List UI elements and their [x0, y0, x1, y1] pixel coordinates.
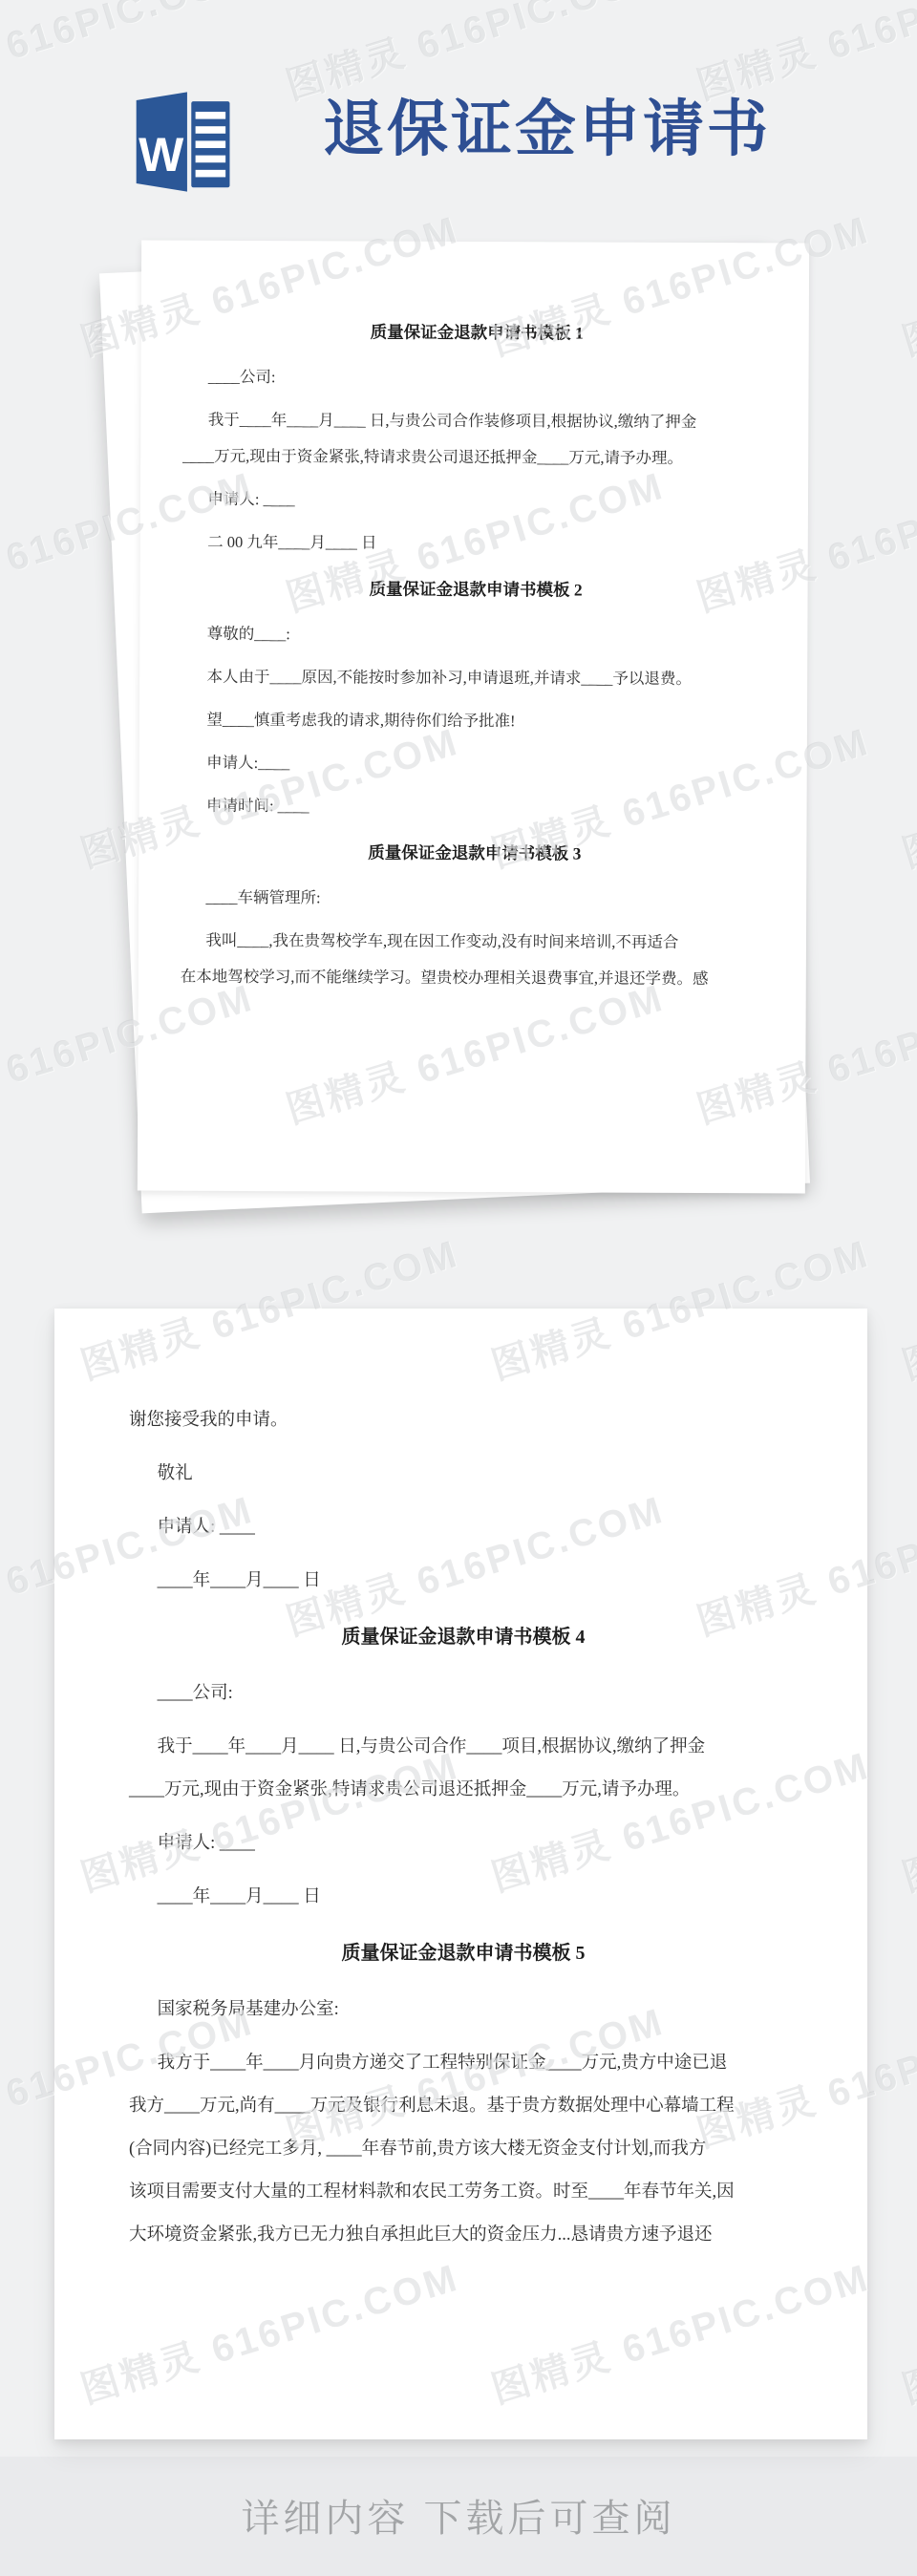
doc-paragraph: 我于____年____月____ 日,与贵公司合作装修项目,根据协议,缴纳了押金…: [182, 402, 770, 478]
doc-paragraph: 申请人: ____: [182, 481, 770, 521]
doc-heading: 质量保证金退款申请书模板 4: [129, 1616, 798, 1659]
doc-line: 申请人: ____: [129, 1506, 798, 1549]
doc-line: 我方____万元,尚有____万元及银行利息未退。基于贵方数据处理中心幕墙工程: [129, 2085, 798, 2128]
doc-line: 申请人:____: [181, 745, 769, 784]
doc-paragraph: 申请人:____: [181, 745, 769, 784]
doc-paragraph: 望____慎重考虑我的请求,期待你们给予批准!: [181, 702, 769, 741]
doc-paragraph: 申请时间: ____: [181, 788, 769, 827]
doc-paragraph: 我于____年____月____ 日,与贵公司合作____项目,根据协议,缴纳了…: [129, 1726, 798, 1812]
doc-line: 我方于____年____月向贵方递交了工程特别保证金____万元,贵方中途已退: [129, 2042, 798, 2085]
doc-line: 我于____年____月____ 日,与贵公司合作装修项目,根据协议,缴纳了押金: [182, 402, 770, 441]
watermark-text: 图精灵 616PIC.COM: [895, 200, 917, 367]
doc-line: 申请人: ____: [182, 481, 770, 521]
watermark-text: 图精灵 616PIC.COM: [895, 1735, 917, 1903]
preview-canvas: W 退保证金申请书 质量保证金退款申请书模板 1____公司:我于____年__…: [0, 0, 917, 2576]
doc-paragraph: 二 00 九年____月____ 日: [182, 524, 770, 564]
doc-paragraph: ____公司:: [182, 359, 770, 398]
doc-paragraph: 申请人: ____: [129, 1822, 798, 1865]
doc-line: ____车辆管理所:: [181, 880, 768, 919]
doc-paragraph: 国家税务局基建办公室:: [129, 1989, 798, 2032]
doc-line: 谢您接受我的申请。: [129, 1399, 798, 1442]
page-title: 退保证金申请书: [323, 99, 771, 160]
doc-paragraph: 尊敬的____:: [181, 616, 769, 655]
doc-heading: 质量保证金退款申请书模板 1: [183, 313, 771, 352]
doc-line: 大环境资金紧张,我方已无力独自承担此巨大的资金压力...恳请贵方速予退还: [129, 2214, 798, 2257]
watermark-text: 图精灵 616PIC.COM: [895, 1224, 917, 1391]
doc-line: 本人由于____原因,不能按时参加补习,申请退班,并请求____予以退费。: [181, 659, 769, 698]
doc-line: (合同内容)已经完工多月, ____年春节前,贵方该大楼无资金支付计划,而我方: [129, 2128, 798, 2171]
doc-paragraph: 本人由于____原因,不能按时参加补习,申请退班,并请求____予以退费。: [181, 659, 769, 698]
doc-line: 二 00 九年____月____ 日: [182, 524, 770, 564]
doc-paragraph: 申请人: ____: [129, 1506, 798, 1549]
doc-paragraph: ____车辆管理所:: [181, 880, 768, 919]
doc-paragraph: 我叫____,我在贵驾校学车,现在因工作变动,没有时间来培训,不再适合在本地驾校…: [181, 923, 768, 998]
doc-heading: 质量保证金退款申请书模板 2: [182, 570, 770, 609]
doc-paragraph: 敬礼: [129, 1453, 798, 1496]
doc-paragraph: ____公司:: [129, 1672, 798, 1715]
doc-heading: 质量保证金退款申请书模板 3: [181, 834, 768, 873]
doc-paragraph: 我方于____年____月向贵方递交了工程特别保证金____万元,贵方中途已退我…: [129, 2042, 798, 2257]
watermark-text: 图精灵 616PIC.COM: [895, 712, 917, 879]
document-page-2: 谢您接受我的申请。敬礼申请人: ________年____月____ 日质量保证…: [54, 1309, 867, 2439]
footer-note: 详细内容 下载后可查阅: [0, 2488, 917, 2543]
doc-line: 望____慎重考虑我的请求,期待你们给予批准!: [181, 702, 769, 741]
doc-line: ____公司:: [129, 1672, 798, 1715]
doc-heading: 质量保证金退款申请书模板 5: [129, 1932, 798, 1975]
doc-line: 申请人: ____: [129, 1822, 798, 1865]
doc-line: ____公司:: [182, 359, 770, 398]
doc-line: 敬礼: [129, 1453, 798, 1496]
doc-line: ____年____月____ 日: [129, 1876, 798, 1919]
doc-line: ____万元,现由于资金紧张,特请求贵公司退还抵押金____万元,请予办理。: [182, 438, 770, 478]
svg-text:W: W: [139, 128, 184, 181]
doc-line: 我叫____,我在贵驾校学车,现在因工作变动,没有时间来培训,不再适合: [181, 923, 768, 962]
doc-line: ____万元,现由于资金紧张,特请求贵公司退还抵押金____万元,请予办理。: [129, 1769, 798, 1812]
doc-line: 该项目需要支付大量的工程材料款和农民工劳务工资。时至____年春节年关,因: [129, 2171, 798, 2214]
doc-line: 申请时间: ____: [181, 788, 769, 827]
doc-line: ____年____月____ 日: [129, 1560, 798, 1603]
doc-paragraph: 谢您接受我的申请。: [129, 1399, 798, 1442]
watermark-text: 图精灵 616PIC.COM: [895, 2247, 917, 2415]
doc-line: 我于____年____月____ 日,与贵公司合作____项目,根据协议,缴纳了…: [129, 1726, 798, 1769]
doc-paragraph: ____年____月____ 日: [129, 1876, 798, 1919]
doc-paragraph: ____年____月____ 日: [129, 1560, 798, 1603]
document-page-1: 质量保证金退款申请书模板 1____公司:我于____年____月____ 日,…: [138, 240, 809, 1193]
doc-line: 国家税务局基建办公室:: [129, 1989, 798, 2032]
doc-line: 在本地驾校学习,而不能继续学习。望贵校办理相关退费事宜,并退还学费。感: [181, 959, 768, 998]
word-icon: W: [128, 88, 236, 196]
doc-line: 尊敬的____:: [181, 616, 769, 655]
